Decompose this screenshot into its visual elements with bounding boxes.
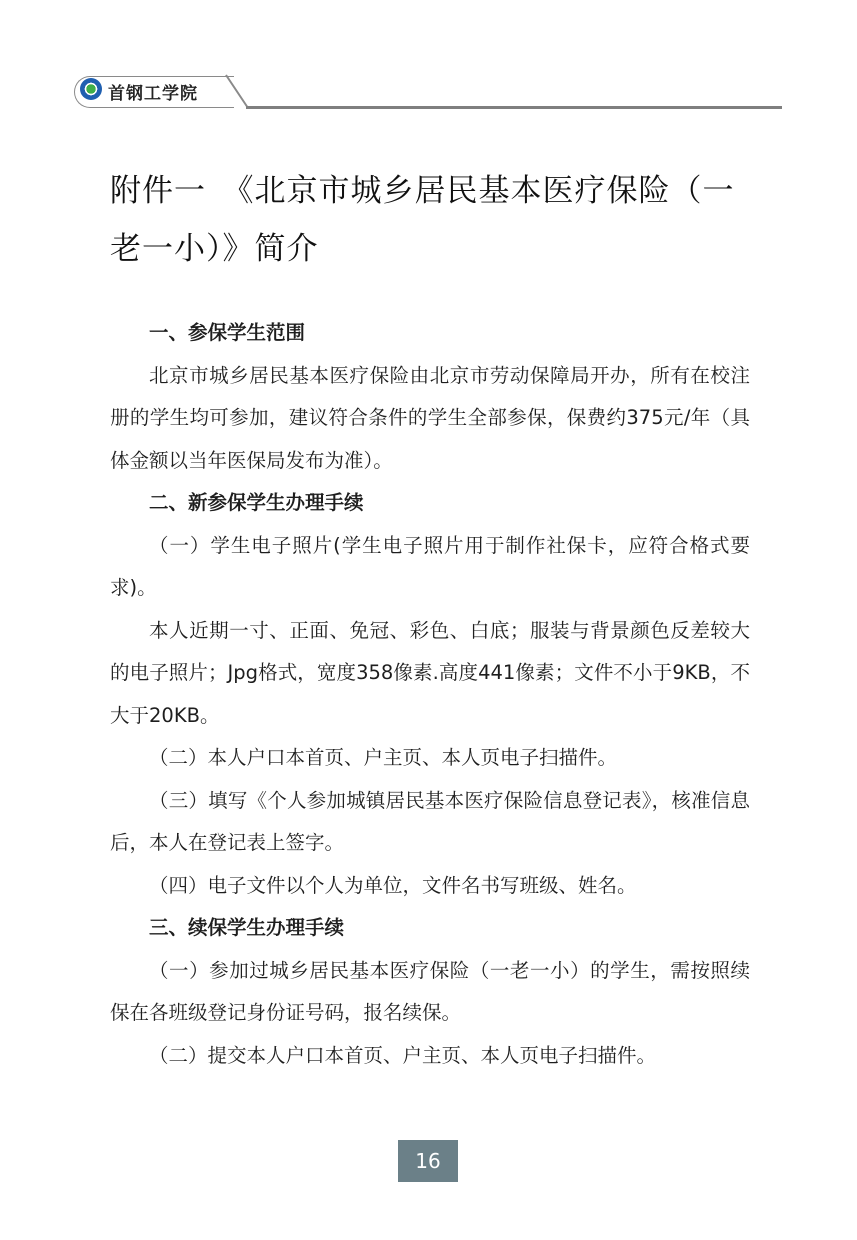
page-header: 首钢工学院 (74, 74, 782, 110)
paragraph: （三）填写《个人参加城镇居民基本医疗保险信息登记表》，核准信息后，本人在登记表上… (110, 780, 750, 865)
paragraph: （四）电子文件以个人为单位，文件名书写班级、姓名。 (110, 865, 750, 908)
header-slant-divider (224, 74, 254, 110)
paragraph: 本人近期一寸、正面、免冠、彩色、白底；服装与背景颜色反差较大的电子照片；Jpg格… (110, 610, 750, 738)
brand-name: 首钢工学院 (108, 79, 198, 104)
page-number: 16 (398, 1140, 458, 1182)
paragraph: 北京市城乡居民基本医疗保险由北京市劳动保障局开办，所有在校注册的学生均可参加，建… (110, 355, 750, 483)
school-logo-icon (80, 78, 102, 100)
section-heading: 二、新参保学生办理手续 (110, 482, 750, 525)
document-body: 一、参保学生范围 北京市城乡居民基本医疗保险由北京市劳动保障局开办，所有在校注册… (110, 312, 750, 1077)
paragraph: （一）学生电子照片(学生电子照片用于制作社保卡，应符合格式要求)。 (110, 525, 750, 610)
paragraph: （二）提交本人户口本首页、户主页、本人页电子扫描件。 (110, 1035, 750, 1078)
header-rule (246, 106, 782, 109)
paragraph: （二）本人户口本首页、户主页、本人页电子扫描件。 (110, 737, 750, 780)
section-heading: 一、参保学生范围 (110, 312, 750, 355)
page-title: 附件一 《北京市城乡居民基本医疗保险（一老一小）》简介 (110, 162, 760, 278)
section-heading: 三、续保学生办理手续 (110, 907, 750, 950)
paragraph: （一）参加过城乡居民基本医疗保险（一老一小）的学生，需按照续保在各班级登记身份证… (110, 950, 750, 1035)
